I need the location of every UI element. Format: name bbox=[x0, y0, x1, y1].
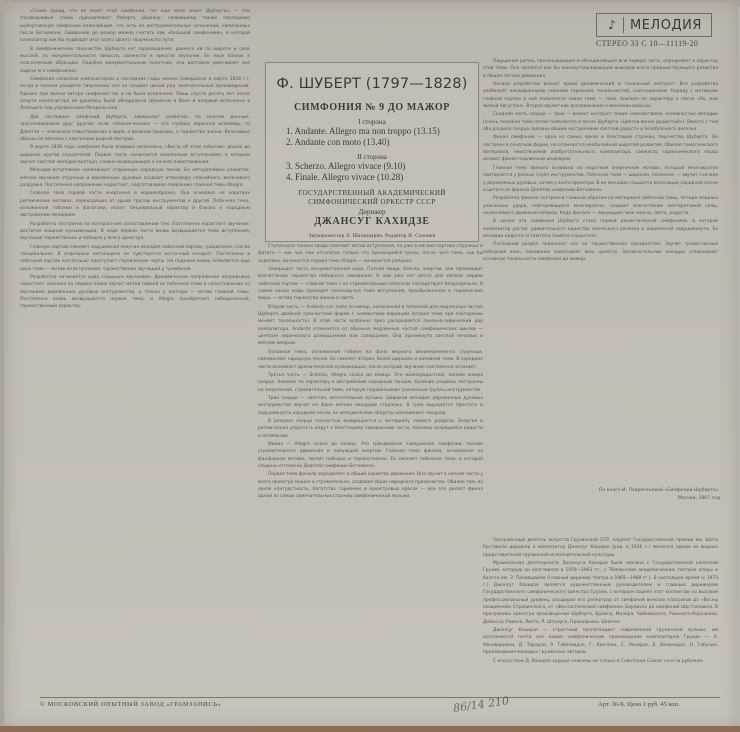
notes-paragraph: Начало разработки вносит яркий динамичес… bbox=[483, 81, 718, 110]
orchestra-line-2: СИМФОНИЧЕСКИЙ ОРКЕСТР СССР bbox=[266, 198, 478, 207]
notes-paragraph: Главная тема первой части энергична и ма… bbox=[20, 190, 250, 219]
notes-paragraph: Разработка построена на контрастном сопо… bbox=[20, 221, 250, 243]
side-2-tracklist: 3. Scherzo. Allegro vivace (9.10) 4. Fin… bbox=[286, 161, 478, 183]
notes-paragraph: Симфония написана композитором в последн… bbox=[20, 76, 250, 113]
copyright-notice: © МОСКОВСКИЙ ОПЫТНЫЙ ЗАВОД «ГРАМЗАПИСЬ» bbox=[40, 701, 221, 708]
notes-paragraph: Музыкальная деятельность Джансуга Кахидз… bbox=[483, 560, 718, 626]
notes-paragraph: Завершает часть монументальная кода. Пол… bbox=[258, 266, 483, 303]
liner-notes-right-column: Ощущение ритма, пронизывающее и объединя… bbox=[483, 58, 718, 264]
notes-source-attribution: По книге И. Лаврентьевой «Симфонии Шубер… bbox=[560, 487, 720, 503]
composer-title: Ф. ШУБЕРТ (1797—1828) bbox=[266, 76, 478, 92]
notes-paragraph: В целом эта симфония Шуберта стала перво… bbox=[483, 218, 718, 240]
notes-paragraph: Главная тема финала основана на коротком… bbox=[483, 165, 718, 194]
notes-paragraph: Основная тема, изложенная гобоем на фоне… bbox=[258, 349, 483, 371]
notes-paragraph: Ощущение ритма, пронизывающее и объединя… bbox=[483, 58, 718, 80]
conductor-biography: Заслуженный деятель искусств Грузинской … bbox=[483, 537, 718, 666]
melodiya-logo-icon: ♪ bbox=[601, 17, 624, 33]
notes-paragraph: Заслуженный деятель искусств Грузинской … bbox=[483, 537, 718, 559]
notes-paragraph: Разработка финала построена главным обра… bbox=[483, 195, 718, 217]
price-label: Арт. 36-Б. Цена 1 руб. 45 коп. bbox=[598, 701, 680, 708]
source-book: По книге И. Лаврентьевой «Симфонии Шубер… bbox=[560, 487, 720, 495]
brand-name: МЕЛОДИЯ bbox=[630, 18, 702, 33]
orchestra-name: ГОСУДАРСТВЕННЫЙ АКАДЕМИЧЕСКИЙ СИМФОНИЧЕС… bbox=[266, 189, 478, 207]
notes-paragraph: Средняя часть скерцо — трио — вносит кон… bbox=[483, 111, 718, 133]
source-place-year: Москва, 1967 год bbox=[560, 495, 720, 503]
conductor-name: ДЖАНСУГ КАХИДЗЕ bbox=[266, 216, 478, 227]
notes-paragraph: Финал симфонии — одна из самых ярких и б… bbox=[483, 134, 718, 163]
notes-paragraph: Два последних симфоний Шуберта, завершаю… bbox=[20, 114, 250, 143]
notes-paragraph: В симфоническом творчестве Шуберта нет п… bbox=[20, 46, 250, 75]
catalog-number: СТЕРЕО 33 С 10—11119-20 bbox=[596, 39, 726, 48]
notes-paragraph: С искусством Д. Кахидзе хорошо знакомы н… bbox=[483, 658, 718, 665]
notes-paragraph: Финал — Allegro vivace до мажор. Это гра… bbox=[258, 441, 483, 470]
notes-paragraph: В репризе скерцо полностью возвращается … bbox=[258, 418, 483, 440]
track-4: 4. Finale. Allegro vivace (10.28) bbox=[286, 172, 478, 183]
orchestra-line-1: ГОСУДАРСТВЕННЫЙ АКАДЕМИЧЕСКИЙ bbox=[266, 189, 478, 198]
notes-paragraph: Трио скерцо — светлая, мечтательная музы… bbox=[258, 395, 483, 417]
notes-paragraph: Главную партию сменяет задушевная певуча… bbox=[20, 244, 250, 273]
notes-paragraph: Ступенчато тонкие своды сменяют мотив вс… bbox=[258, 243, 483, 265]
title-block: Ф. ШУБЕРТ (1797—1828) СИМФОНИЯ № 9 ДО МА… bbox=[265, 62, 479, 242]
notes-paragraph: Вторая часть — Andante con moto ля минор… bbox=[258, 304, 483, 348]
track-3: 3. Scherzo. Allegro vivace (9.10) bbox=[286, 161, 478, 172]
notes-paragraph: «Слово правд, что не знает этой симфонии… bbox=[20, 8, 250, 45]
conductor-label: Дирижер bbox=[266, 208, 478, 216]
side-1-label: I сторона bbox=[266, 118, 478, 126]
sleeve-bottom-edge bbox=[0, 726, 740, 732]
notes-paragraph: Первая тема финала определяет и общий ха… bbox=[258, 471, 483, 500]
notes-paragraph: Мелодия вступления напоминает старинную … bbox=[20, 167, 250, 189]
side-1-tracklist: 1. Andante. Allegro ma non troppo (13.15… bbox=[286, 126, 478, 148]
melodiya-logo: ♪ МЕЛОДИЯ bbox=[596, 13, 712, 37]
liner-notes-left-column: «Слово правд, что не знает этой симфонии… bbox=[20, 8, 250, 312]
notes-paragraph: Третья часть — Scherzo. Allegro vivace д… bbox=[258, 372, 483, 394]
track-1: 1. Andante. Allegro ma non troppo (13.15… bbox=[286, 126, 478, 137]
track-2: 2. Andante con moto (13.40) bbox=[286, 137, 478, 148]
side-2-label: II сторона bbox=[266, 153, 478, 161]
notes-paragraph: В марте 1838 года симфония была впервые … bbox=[20, 144, 250, 166]
liner-notes-middle-column: Ступенчато тонкие своды сменяют мотив вс… bbox=[258, 243, 483, 502]
work-title: СИМФОНИЯ № 9 ДО МАЖОР bbox=[266, 102, 478, 113]
notes-paragraph: Джансуг Кахидзе — страстный пропагандист… bbox=[483, 627, 718, 656]
production-credits: Звукорежиссер Э. Шахназарян. Редактор И.… bbox=[266, 234, 478, 239]
notes-paragraph: Разработка начинается едва слышным звуча… bbox=[20, 274, 250, 311]
footer-rule bbox=[40, 697, 720, 698]
notes-paragraph: Последний раздел переносит нас на торжес… bbox=[483, 241, 718, 263]
